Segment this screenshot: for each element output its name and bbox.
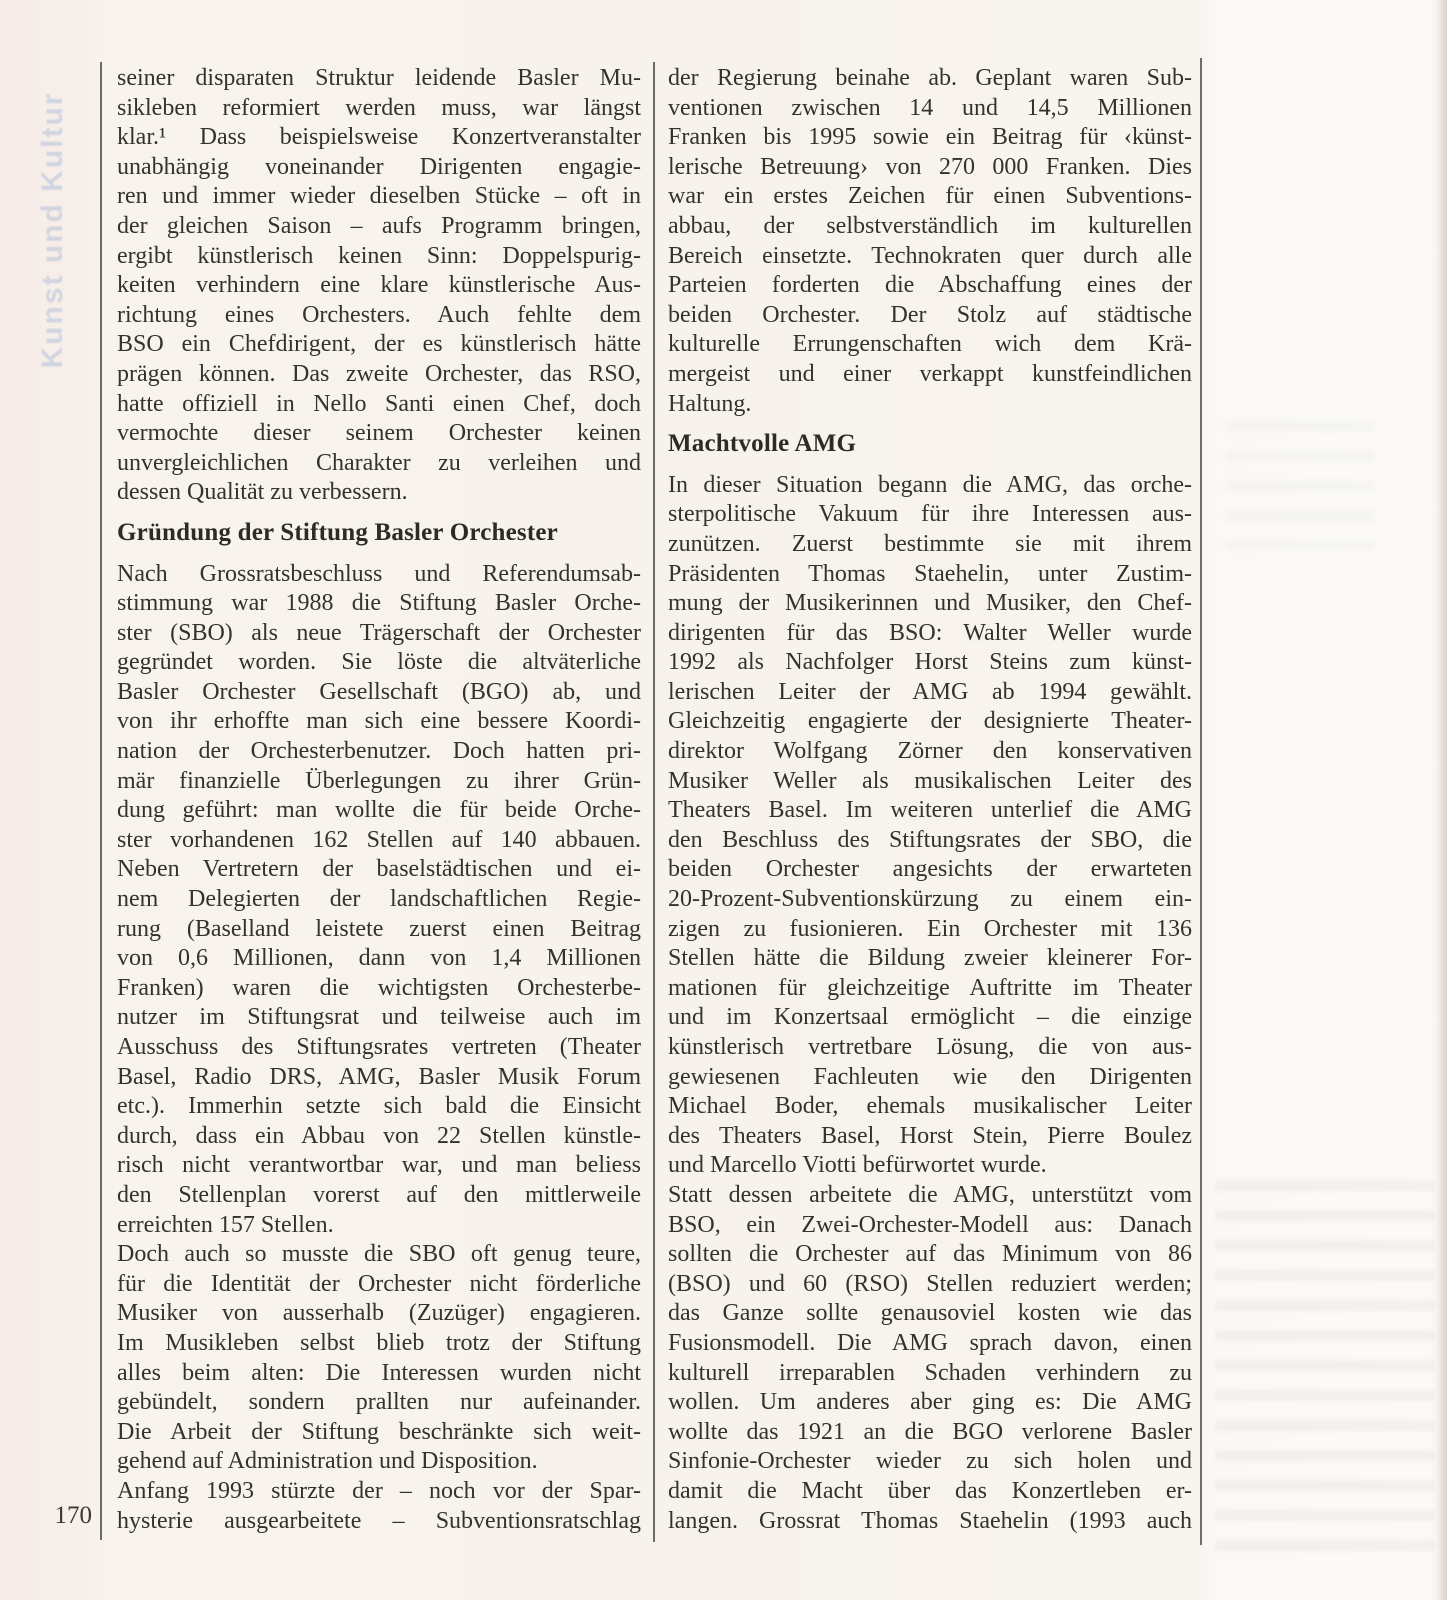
text-line: stimmung war 1988 die Stiftung Basler Or… xyxy=(117,589,641,619)
text-line: 1992 als Nachfolger Horst Steins zum kün… xyxy=(668,648,1192,678)
text-line: der gleichen Saison – aufs Programm brin… xyxy=(117,212,641,242)
text-line: dessen Qualität zu verbessern. xyxy=(117,478,641,508)
text-line: sikleben reformiert werden muss, war län… xyxy=(117,94,641,124)
text-line: abbau, der selbstverständlich im kulture… xyxy=(668,212,1192,242)
text-line: prägen können. Das zweite Orchester, das… xyxy=(117,360,641,390)
text-line: mationen für gleichzeitige Auftritte im … xyxy=(668,974,1192,1004)
text-line: Neben Vertretern der baselstädtischen un… xyxy=(117,855,641,885)
text-line: Musiker Weller als musikalischen Leiter … xyxy=(668,767,1192,797)
text-line: wollte das 1921 an die BGO verlorene Bas… xyxy=(668,1418,1192,1448)
text-line: Präsidenten Thomas Staehelin, unter Zust… xyxy=(668,560,1192,590)
text-line: mergeist und einer verkappt kunstfeindli… xyxy=(668,360,1192,390)
text-line: gegründet worden. Sie löste die altväter… xyxy=(117,648,641,678)
text-line: In dieser Situation begann die AMG, das … xyxy=(668,471,1192,501)
text-line: Musiker von ausserhalb (Zuzüger) engagie… xyxy=(117,1299,641,1329)
text-line: von 0,6 Millionen, dann von 1,4 Millione… xyxy=(117,944,641,974)
section-heading: Machtvolle AMG xyxy=(668,429,1192,459)
text-line: kulturelle Errungenschaften wich dem Krä… xyxy=(668,330,1192,360)
text-line: alles beim alten: Die Interessen wurden … xyxy=(117,1359,641,1389)
text-line: Bereich einsetzte. Technokraten quer dur… xyxy=(668,242,1192,272)
text-line: sterpolitische Vakuum für ihre Interesse… xyxy=(668,500,1192,530)
text-line: und im Konzertsaal ermöglicht – die einz… xyxy=(668,1003,1192,1033)
text-line: Theaters Basel. Im weiteren unterlief di… xyxy=(668,796,1192,826)
text-line: klar.¹ Dass beispielsweise Konzertverans… xyxy=(117,123,641,153)
text-line: Gleichzeitig engagierte der designierte … xyxy=(668,707,1192,737)
text-line: seiner disparaten Struktur leidende Basl… xyxy=(117,64,641,94)
text-line: Franken bis 1995 sowie ein Beitrag für ‹… xyxy=(668,123,1192,153)
text-line: war ein erstes Zeichen für einen Subvent… xyxy=(668,182,1192,212)
text-line: Stellen hätte die Bildung zweier kleiner… xyxy=(668,944,1192,974)
text-line: (BSO) und 60 (RSO) Stellen reduziert wer… xyxy=(668,1270,1192,1300)
text-line: Anfang 1993 stürzte der – noch vor der S… xyxy=(117,1477,641,1507)
text-line: von ihr erhoffte man sich eine bessere K… xyxy=(117,707,641,737)
text-line: 20-Prozent-Subventionskürzung zu einem e… xyxy=(668,885,1192,915)
text-line: lerische Betreuung› von 270 000 Franken.… xyxy=(668,153,1192,183)
left-column-rule xyxy=(100,62,102,1540)
text-line: Nach Grossratsbeschluss und Referendumsa… xyxy=(117,560,641,590)
text-line: vermochte dieser seinem Orchester keinen xyxy=(117,419,641,449)
text-line: zunützen. Zuerst bestimmte sie mit ihrem xyxy=(668,530,1192,560)
book-page: Kunst und Kultur seiner disparaten Struk… xyxy=(0,0,1447,1600)
text-line: rung (Baselland leistete zuerst einen Be… xyxy=(117,915,641,945)
text-line: BSO, ein Zwei-Orchester-Modell aus: Dana… xyxy=(668,1211,1192,1241)
section-heading: Gründung der Stiftung Basler Orchester xyxy=(117,518,641,548)
text-line: kulturell irreparablen Schaden verhinder… xyxy=(668,1359,1192,1389)
right-column-rule xyxy=(1200,58,1202,1545)
bleed-through-text-smudge xyxy=(1215,1180,1435,1570)
text-line: damit die Macht über das Konzertleben er… xyxy=(668,1477,1192,1507)
text-line: erreichten 157 Stellen. xyxy=(117,1211,641,1241)
text-line: beiden Orchester. Der Stolz auf städtisc… xyxy=(668,301,1192,331)
text-line: mung der Musikerinnen und Musiker, den C… xyxy=(668,589,1192,619)
text-line: Fusionsmodell. Die AMG sprach davon, ein… xyxy=(668,1329,1192,1359)
page-number: 170 xyxy=(38,1502,92,1530)
text-line: ergibt künstlerisch keinen Sinn: Doppels… xyxy=(117,242,641,272)
text-line: unabhängig voneinander Dirigenten engagi… xyxy=(117,153,641,183)
text-line: Michael Boder, ehemals musikalischer Lei… xyxy=(668,1092,1192,1122)
bleed-through-text-smudge xyxy=(1225,420,1375,550)
text-line: nem Delegierten der landschaftlichen Reg… xyxy=(117,885,641,915)
text-line: risch nicht verantwortbar war, und man b… xyxy=(117,1151,641,1181)
text-line: Die Arbeit der Stiftung beschränkte sich… xyxy=(117,1418,641,1448)
text-line: beiden Orchester angesichts der erwartet… xyxy=(668,855,1192,885)
text-line: Haltung. xyxy=(668,390,1192,420)
text-line: Statt dessen arbeitete die AMG, unterstü… xyxy=(668,1181,1192,1211)
text-line: dirigenten für das BSO: Walter Weller wu… xyxy=(668,619,1192,649)
text-line: ventionen zwischen 14 und 14,5 Millionen xyxy=(668,94,1192,124)
text-line: ster (SBO) als neue Trägerschaft der Orc… xyxy=(117,619,641,649)
text-line: gebündelt, sondern prallten nur aufeinan… xyxy=(117,1388,641,1418)
text-line: unvergleichlichen Charakter zu verleihen… xyxy=(117,449,641,479)
text-line: für die Identität der Orchester nicht fö… xyxy=(117,1270,641,1300)
text-line: nutzer im Stiftungsrat und teilweise auc… xyxy=(117,1003,641,1033)
text-line: Doch auch so musste die SBO oft genug te… xyxy=(117,1240,641,1270)
text-line: Ausschuss des Stiftungsrates vertreten (… xyxy=(117,1033,641,1063)
text-line: hysterie ausgearbeitete – Subventionsrat… xyxy=(117,1507,641,1537)
text-line: etc.). Immerhin setzte sich bald die Ein… xyxy=(117,1092,641,1122)
text-line: das Ganze sollte genausoviel kosten wie … xyxy=(668,1299,1192,1329)
section-margin-label: Kunst und Kultur xyxy=(36,80,80,380)
text-line: keiten verhindern eine klare künstlerisc… xyxy=(117,271,641,301)
text-line: richtung eines Orchesters. Auch fehlte d… xyxy=(117,301,641,331)
text-line: den Stellenplan vorerst auf den mittlerw… xyxy=(117,1181,641,1211)
text-line: gewiesenen Fachleuten wie den Dirigenten xyxy=(668,1063,1192,1093)
text-line: gehend auf Administration und Dispositio… xyxy=(117,1447,641,1477)
text-line: Basel, Radio DRS, AMG, Basler Musik Foru… xyxy=(117,1063,641,1093)
text-column-left: seiner disparaten Struktur leidende Basl… xyxy=(117,64,641,1536)
text-line: direktor Wolfgang Zörner den konservativ… xyxy=(668,737,1192,767)
text-line: ster vorhandenen 162 Stellen auf 140 abb… xyxy=(117,826,641,856)
text-line: des Theaters Basel, Horst Stein, Pierre … xyxy=(668,1122,1192,1152)
page-edge-shadow xyxy=(1437,0,1447,1600)
text-line: lerischen Leiter der AMG ab 1994 gewählt… xyxy=(668,678,1192,708)
text-line: Franken) waren die wichtigsten Orchester… xyxy=(117,974,641,1004)
text-column-right: der Regierung beinahe ab. Geplant waren … xyxy=(668,64,1192,1536)
text-line: hatte offiziell in Nello Santi einen Che… xyxy=(117,390,641,420)
text-line: zigen zu fusionieren. Ein Orchester mit … xyxy=(668,915,1192,945)
text-line: dung geführt: man wollte die für beide O… xyxy=(117,796,641,826)
text-line: wollen. Um anderes aber ging es: Die AMG xyxy=(668,1388,1192,1418)
text-line: BSO ein Chefdirigent, der es künstlerisc… xyxy=(117,330,641,360)
text-line: mär finanzielle Überlegungen zu ihrer Gr… xyxy=(117,767,641,797)
text-line: langen. Grossrat Thomas Staehelin (1993 … xyxy=(668,1507,1192,1537)
column-divider-rule xyxy=(653,62,655,1542)
text-line: Sinfonie-Orchester wieder zu sich holen … xyxy=(668,1447,1192,1477)
text-line: ren und immer wieder dieselben Stücke – … xyxy=(117,182,641,212)
text-line: sollten die Orchester auf das Minimum vo… xyxy=(668,1240,1192,1270)
text-line: Parteien forderten die Abschaffung eines… xyxy=(668,271,1192,301)
text-line: durch, dass ein Abbau von 22 Stellen kün… xyxy=(117,1122,641,1152)
text-line: und Marcello Viotti befürwortet wurde. xyxy=(668,1151,1192,1181)
text-line: den Beschluss des Stiftungsrates der SBO… xyxy=(668,826,1192,856)
text-line: nation der Orchesterbenutzer. Doch hatte… xyxy=(117,737,641,767)
text-line: der Regierung beinahe ab. Geplant waren … xyxy=(668,64,1192,94)
text-line: künstlerisch vertretbare Lösung, die von… xyxy=(668,1033,1192,1063)
text-line: Basler Orchester Gesellschaft (BGO) ab, … xyxy=(117,678,641,708)
text-line: Im Musikleben selbst blieb trotz der Sti… xyxy=(117,1329,641,1359)
